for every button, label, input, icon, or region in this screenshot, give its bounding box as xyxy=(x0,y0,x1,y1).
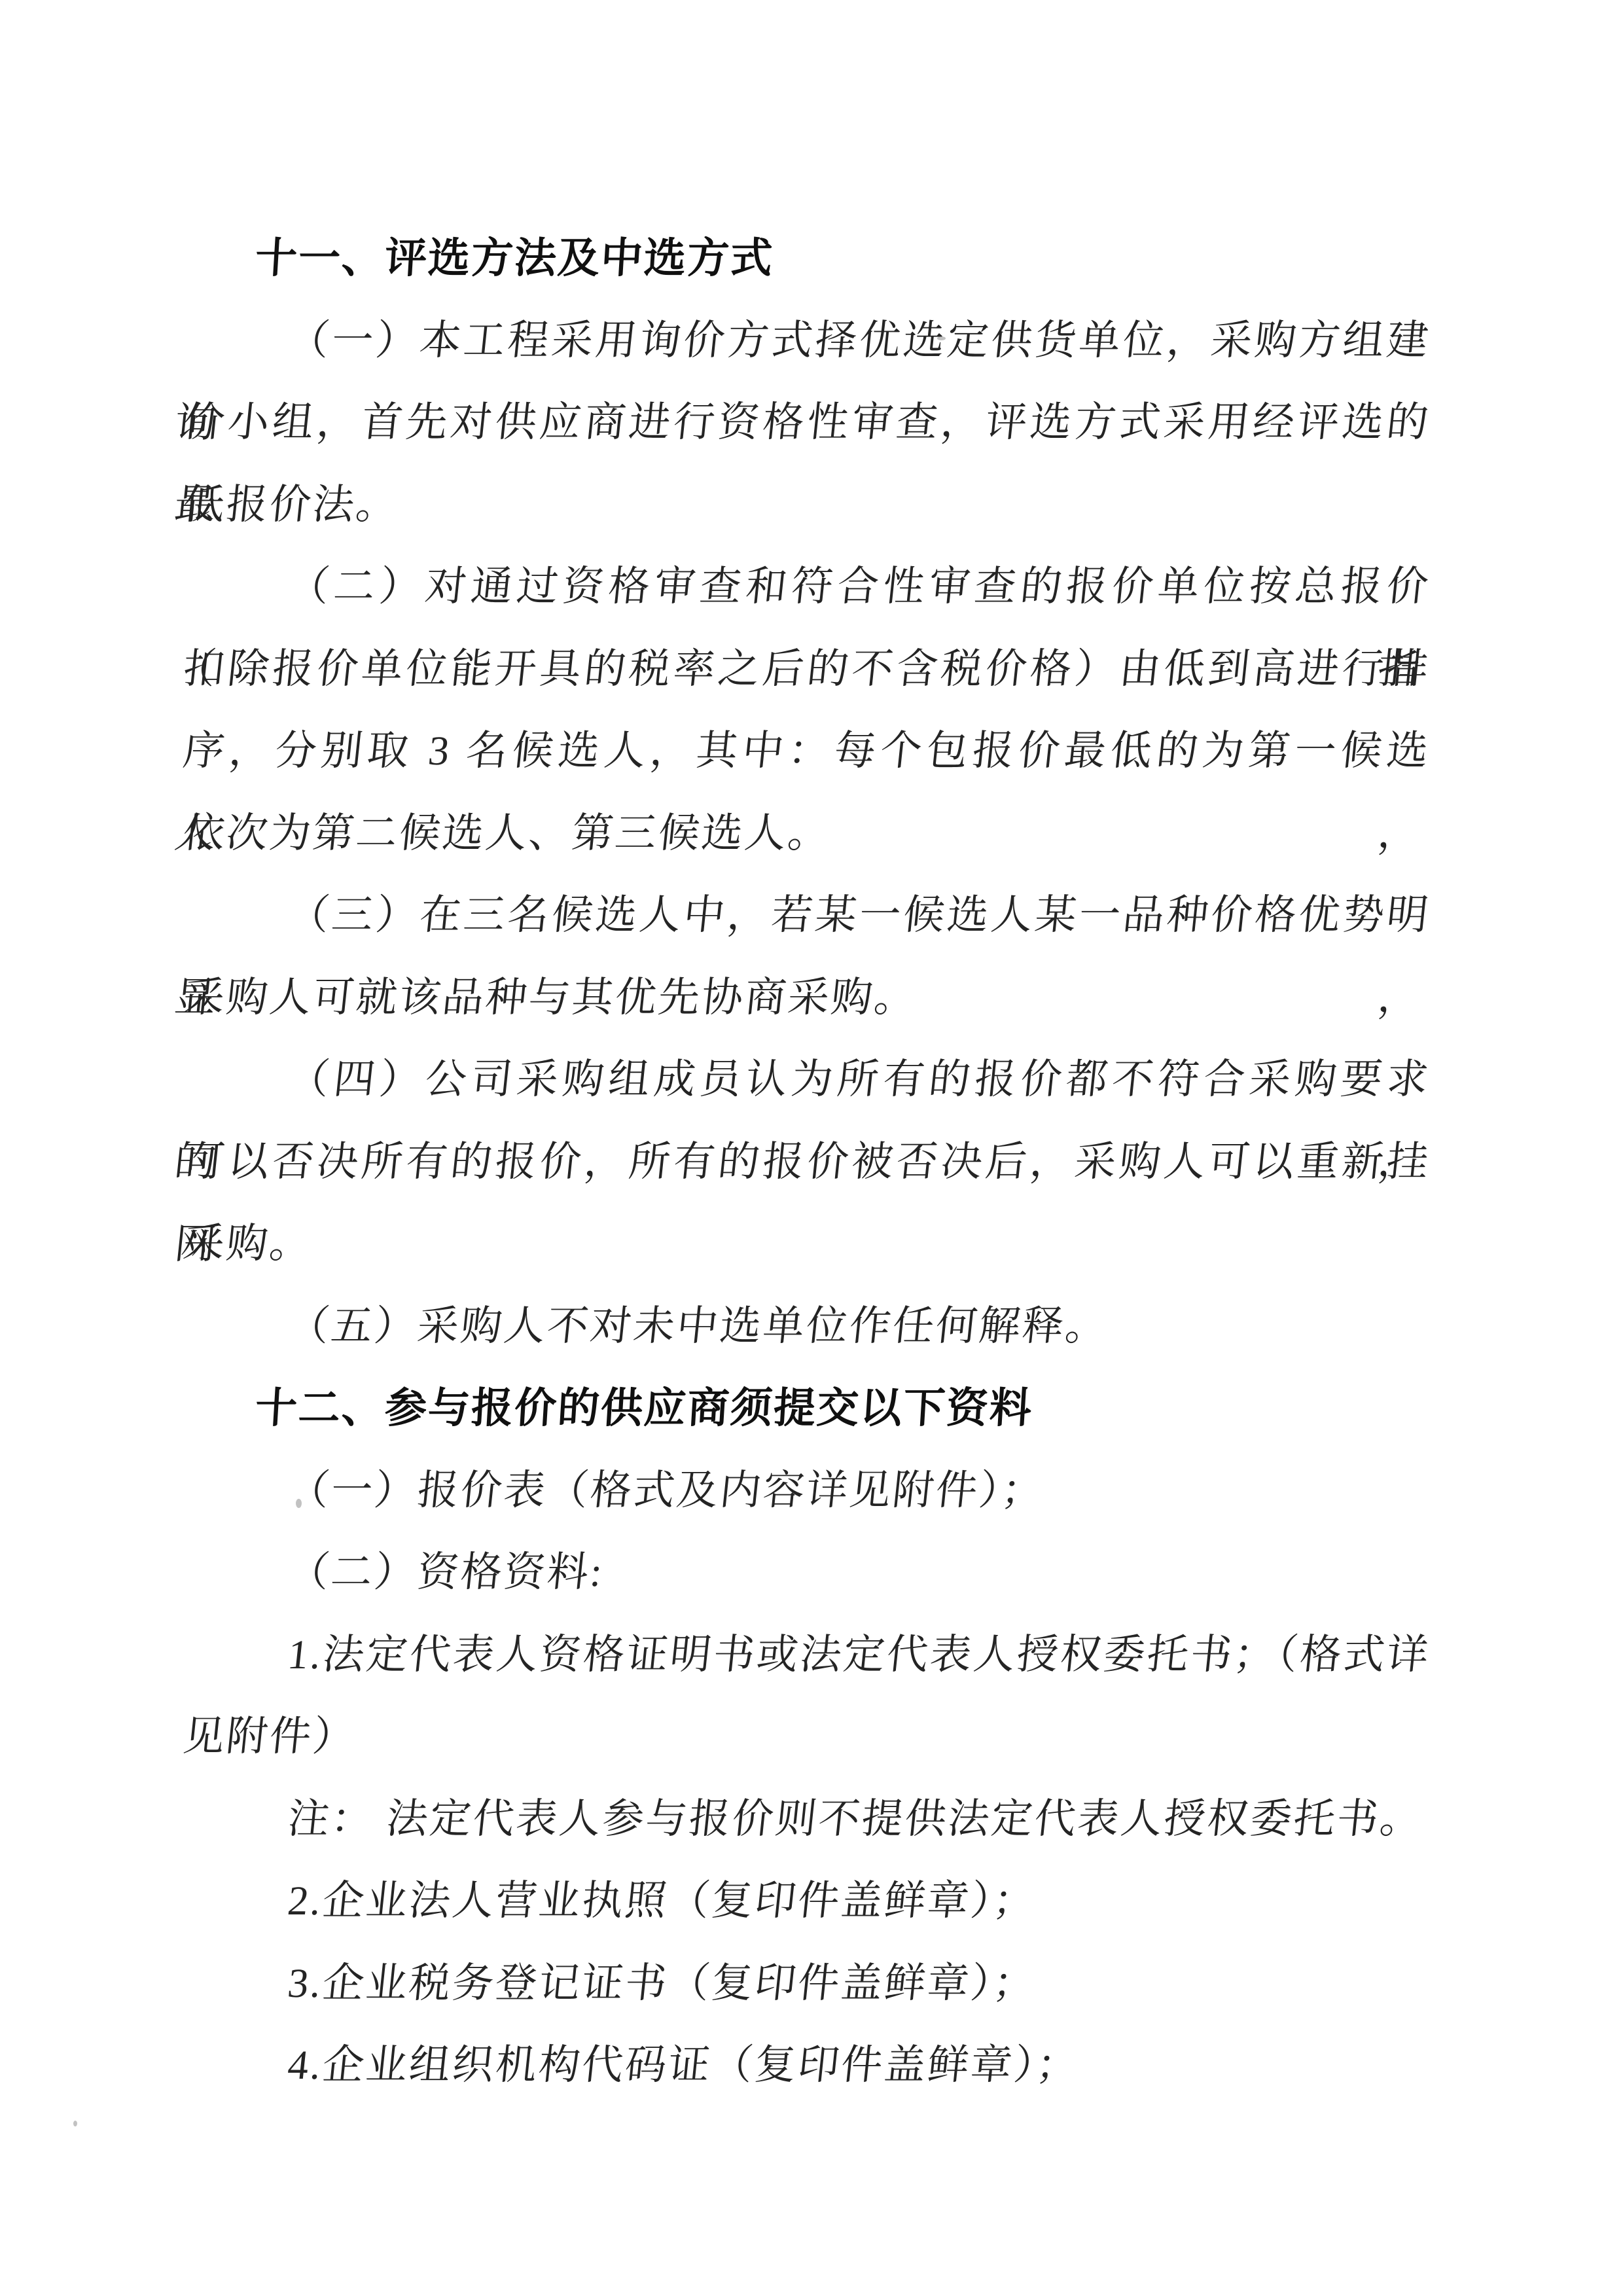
scan-speck xyxy=(937,336,946,340)
text-line: 依次为第二候选人、第三候选人。 xyxy=(179,793,1434,875)
text-line: （一）报价表（格式及内容详见附件）； xyxy=(179,1450,1434,1532)
text-line: （一）本工程采用询价方式择优选定供货单位，采购方组建询 xyxy=(179,300,1434,382)
text-line: （二）资格资料: xyxy=(179,1532,1434,1614)
text-line: （五）采购人不对未中选单位作任何解释。 xyxy=(179,1285,1434,1368)
text-line: （三）在三名候选人中，若某一候选人某一品种价格优势明显， xyxy=(179,874,1434,957)
text-line: 1.法定代表人资格证明书或法定代表人授权委托书；（格式详 xyxy=(179,1614,1434,1696)
text-line: 采购。 xyxy=(179,1203,1434,1285)
text-line: （二）对通过资格审查和符合性审查的报价单位按总报价（指 xyxy=(179,546,1434,628)
document-text-block: 十一、评选方法及中选方式（一）本工程采用询价方式择优选定供货单位，采购方组建询价… xyxy=(183,217,1430,2107)
scanned-document-page: 十一、评选方法及中选方式（一）本工程采用询价方式择优选定供货单位，采购方组建询价… xyxy=(0,0,1623,2296)
text-line: 序，分别取 3 名候选人，其中：每个包报价最低的为第一候选人， xyxy=(179,710,1434,793)
text-line: 3.企业税务登记证书（复印件盖鲜章）； xyxy=(179,1943,1434,2025)
text-line: 注： 法定代表人参与报价则不提供法定代表人授权委托书。 xyxy=(179,1778,1434,1861)
section-heading: 十二、参与报价的供应商须提交以下资料 xyxy=(181,1367,1433,1450)
text-line: 4.企业组织机构代码证（复印件盖鲜章）； xyxy=(179,2024,1434,2107)
text-line: （四）公司采购组成员认为所有的报价都不符合采购要求的， xyxy=(179,1039,1434,1121)
text-line: 可以否决所有的报价，所有的报价被否决后，采购人可以重新挂网 xyxy=(179,1121,1434,1204)
text-line: 2.企业法人营业执照（复印件盖鲜章）； xyxy=(179,1860,1434,1943)
text-line: 见附件） xyxy=(179,1696,1434,1778)
text-line: 采购人可就该品种与其优先协商采购。 xyxy=(179,957,1434,1039)
scan-speck xyxy=(296,1499,302,1508)
text-line: 低报价法。 xyxy=(179,464,1434,547)
text-line: 价小组，首先对供应商进行资格性审查，评选方式采用经评选的最 xyxy=(179,382,1434,464)
section-heading: 十一、评选方法及中选方式 xyxy=(181,217,1433,300)
scan-speck xyxy=(73,2121,77,2126)
text-line: 扣除报价单位能开具的税率之后的不含税价格）由低到高进行排 xyxy=(179,628,1434,711)
